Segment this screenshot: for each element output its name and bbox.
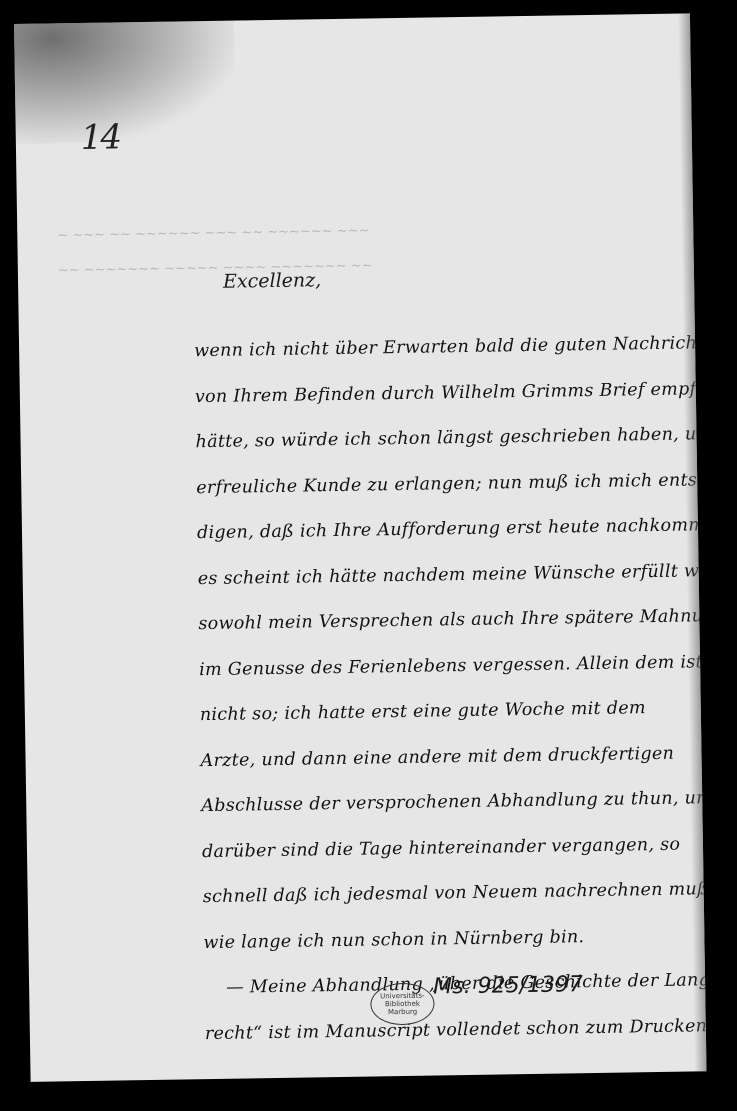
text-line: wenn ich nicht über Erwarten bald die gu… [194,334,655,387]
text-line: schnell daß ich jedesmal von Neuem nachr… [203,880,664,933]
text-line: im Genusse des Ferienlebens vergessen. A… [199,652,660,705]
text-line: Abschlusse der versprochenen Abhandlung … [201,789,662,842]
text-line: darüber sind die Tage hintereinander ver… [202,834,663,887]
stamp-line: Marburg [388,1008,417,1016]
text-line: recht“ ist im Manuscript vollendet schon… [205,1016,666,1069]
text-line: digen, daß ich Ihre Aufforderung erst he… [197,516,658,569]
text-line: von Ihrem Befinden durch Wilhelm Grimms … [195,379,656,432]
bleed-through-text: ~~ ~~~~~~~ ~~~~~ ~~~~ ~~~~~~~ ~~ [58,258,373,278]
shelfmark: Ms. 925/1397 [433,972,583,999]
salutation: Excellenz, [223,269,321,293]
text-line: hätte, so würde ich schon längst geschri… [195,425,656,478]
letter-body: wenn ich nicht über Erwarten bald die gu… [194,334,665,1069]
text-line: nicht so; ich hatte erst eine gute Woche… [200,698,661,751]
document-page: ~ ~~~ ~~ ~~~~~~ ~~~ ~~ ~~~~~~ ~~~ ~~ ~~~… [14,13,707,1081]
text-line: erfreuliche Kunde zu erlangen; nun muß i… [196,470,657,523]
text-line: Arzte, und dann eine andere mit dem druc… [200,743,661,796]
text-line: sowohl mein Versprechen als auch Ihre sp… [198,607,659,660]
text-line: wie lange ich nun schon in Nürnberg bin. [203,925,664,978]
folio-number: 14 [80,117,120,158]
bleed-through-text: ~ ~~~ ~~ ~~~~~~ ~~~ ~~ ~~~~~~ ~~~ [57,223,369,243]
text-line: es scheint ich hätte nachdem meine Wünsc… [198,561,659,614]
